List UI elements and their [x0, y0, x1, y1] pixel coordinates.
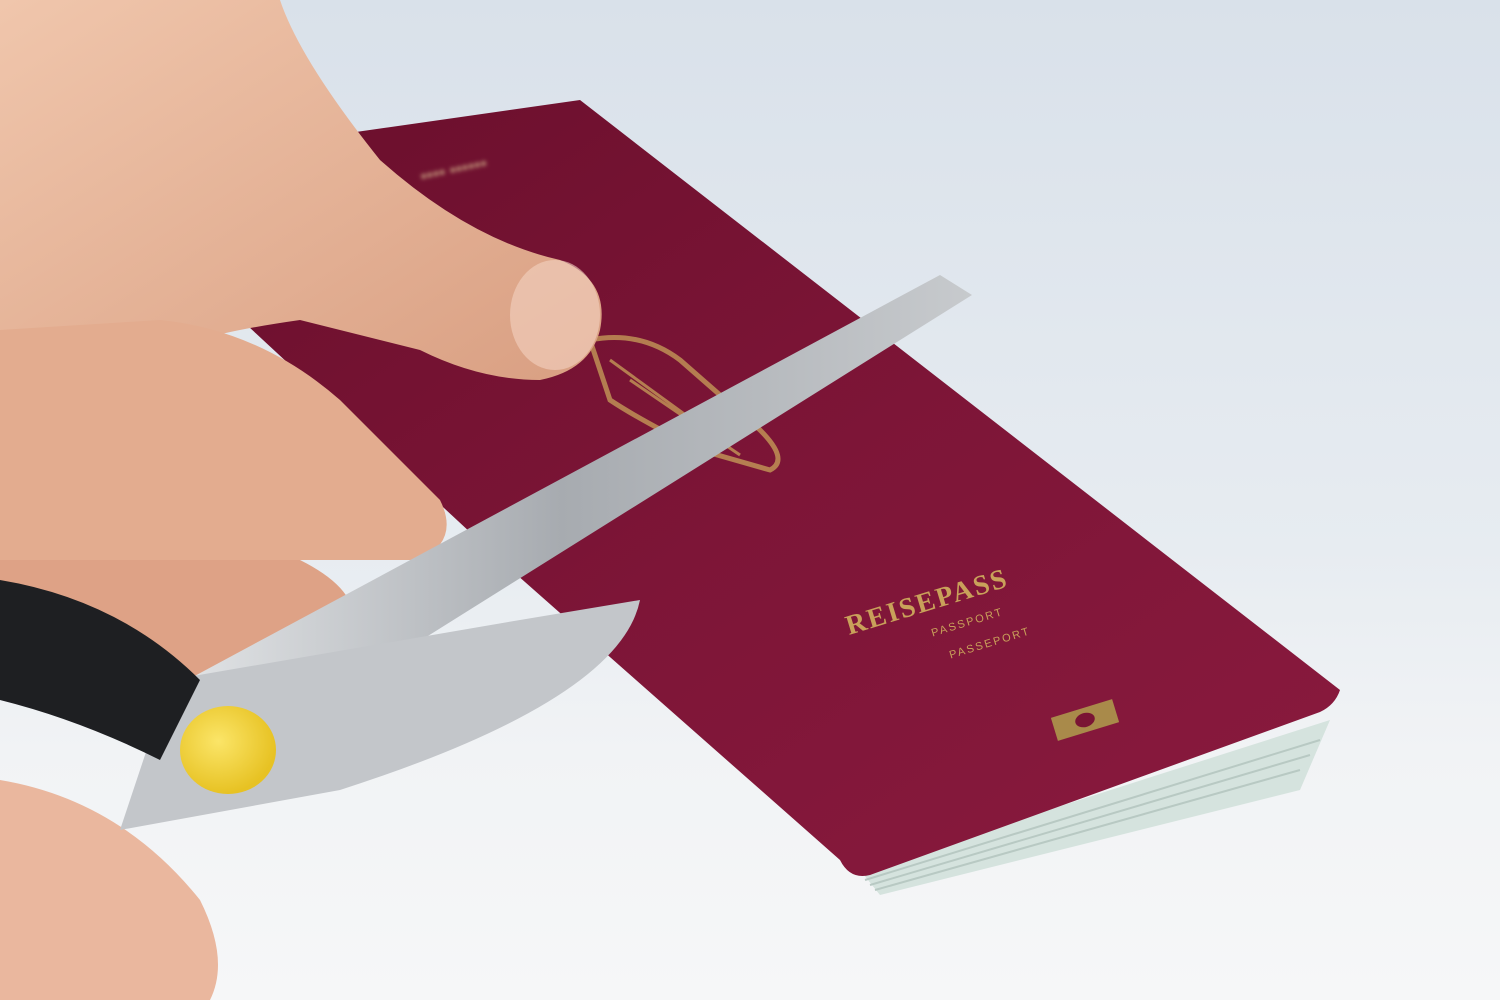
- scissors-pivot-screw: [180, 706, 276, 794]
- photo-illustration: [0, 0, 1500, 1000]
- photo-scene: •••• •••••• REISEPASS PASSPORT PASSEPORT…: [0, 0, 1500, 1000]
- thumbnail: [510, 260, 600, 370]
